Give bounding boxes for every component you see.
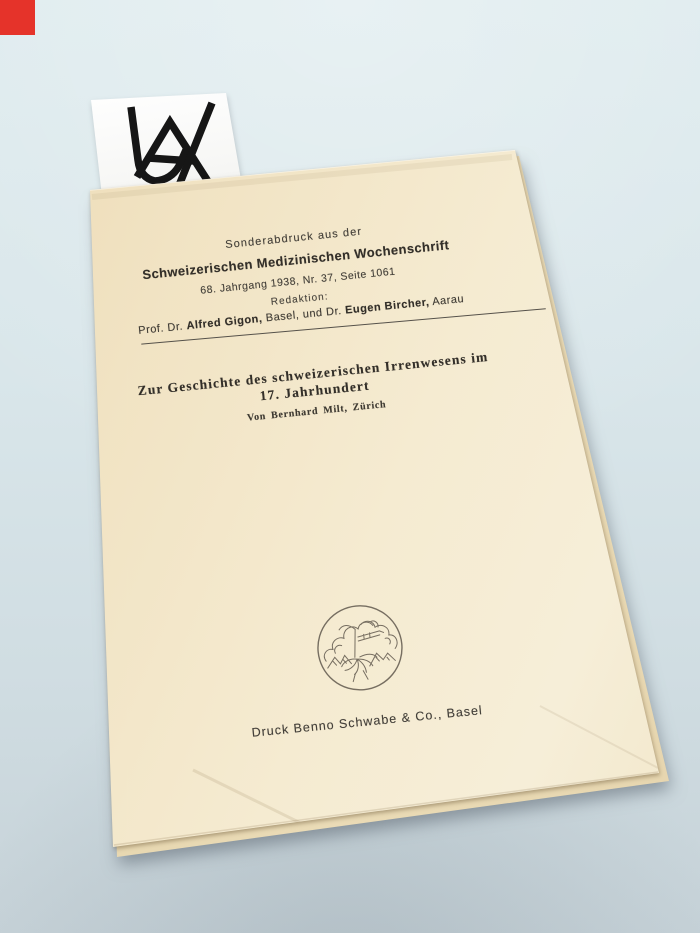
editor-bircher: Eugen Bircher,: [345, 296, 430, 316]
imprint-line: Druck Benno Schwabe & Co., Basel: [148, 693, 587, 750]
editor-gigon: Alfred Gigon,: [186, 313, 263, 332]
printer-device-icon: [309, 596, 412, 699]
photo-backdrop: Sonderabdruck aus der Schweizerischen Me…: [0, 0, 700, 933]
cover-header: Sonderabdruck aus der Schweizerischen Me…: [74, 211, 521, 343]
title-block: Zur Geschichte des schweizerischen Irren…: [93, 344, 536, 439]
cover-printing: Sonderabdruck aus der Schweizerischen Me…: [90, 147, 592, 847]
